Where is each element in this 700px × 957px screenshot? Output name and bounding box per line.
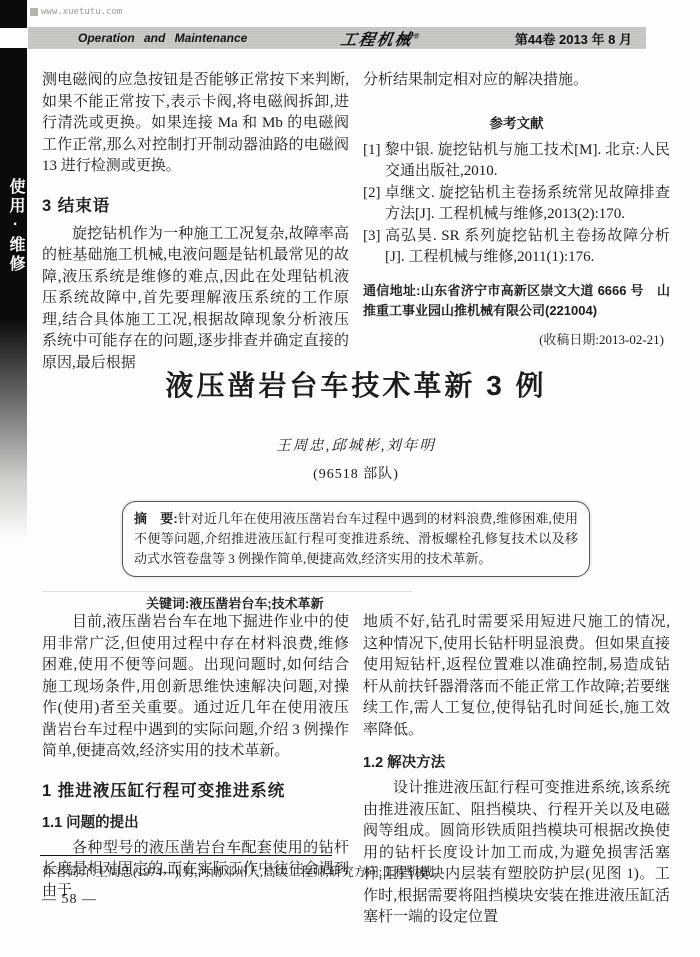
article2-subsection-heading: 1.1 问题的提出 <box>42 811 349 832</box>
journal-page: www.xuetutu.com 使用·维修 Operation and Main… <box>0 0 700 957</box>
footnote-divider <box>40 855 332 856</box>
references-heading: 参考文献 <box>363 112 670 132</box>
received-date: (收稿日期:2013-02-21) <box>363 329 670 348</box>
article2-section-heading: 1 推进液压缸行程可变推进系统 <box>42 777 349 801</box>
article1-columns: 测电磁阀的应急按钮是否能够正常按下来判断,如果不能正常按下,表示卡阀,将电磁阀拆… <box>42 70 670 374</box>
correspondence-address: 通信地址:山东省济宁市高新区崇文大道 6666 号 山推重工事业园山推机械有限公… <box>363 281 670 321</box>
article2-paragraph: 目前,液压凿岩台车在地下掘进作业中的使用非常广泛,但使用过程中存在材料浪费,维修… <box>42 612 349 763</box>
page-header-bar: Operation and Maintenance 工程机械® 第44卷 201… <box>28 27 646 49</box>
article1-paragraph: 测电磁阀的应急按钮是否能够正常按下来判断,如果不能正常按下,表示卡阀,将电磁阀拆… <box>42 70 349 178</box>
watermark: www.xuetutu.com <box>30 7 122 17</box>
scan-artifact-rule <box>42 591 412 592</box>
reference-item: [1] 黎中银. 旋挖钻机与施工技术[M]. 北京:人民交通出版社,2010. <box>363 140 670 183</box>
keywords-label: 关键词: <box>146 596 189 611</box>
article1-right-column: 分析结果制定相对应的解决措施。 参考文献 [1] 黎中银. 旋挖钻机与施工技术[… <box>363 70 670 374</box>
abstract-label: 摘 要: <box>134 511 178 526</box>
book-spine: 使用·维修 <box>0 0 27 540</box>
reference-text: 高弘昊. SR 系列旋挖钻机主卷扬故障分析[J]. 工程机械与维修,2011(1… <box>385 228 670 266</box>
registered-mark: ® <box>413 31 423 40</box>
article1-section-heading: 3 结束语 <box>42 192 349 216</box>
watermark-text: www.xuetutu.com <box>41 7 122 17</box>
article2-columns: 目前,液压凿岩台车在地下掘进作业中的使用非常广泛,但使用过程中存在材料浪费,维修… <box>42 612 670 929</box>
keywords-text: 液压凿岩台车;技术革新 <box>189 596 323 611</box>
article1-paragraph: 旋挖钻机作为一种施工工况复杂,故障率高的桩基础施工机械,电液问题是钻机最常见的故… <box>42 224 349 375</box>
page-number: — 58 — <box>42 892 97 908</box>
article2-paragraph: 地质不好,钻孔时需要采用短进尺施工的情况,这种情况下,使用长钻杆明显浪费。但如果… <box>363 612 670 741</box>
article2-title: 液压凿岩台车技术革新 3 例 <box>42 364 670 404</box>
abstract-box: 摘 要:针对近几年在使用液压凿岩台车过程中遇到的材料浪费,维修困难,使用不便等问… <box>122 501 590 577</box>
abstract-text: 针对近几年在使用液压凿岩台车过程中遇到的材料浪费,维修困难,使用不便等问题,介绍… <box>134 511 578 566</box>
reference-number: [3] <box>363 228 381 244</box>
article2-paragraph: 设计推进液压缸行程可变推进系统,该系统由推进液压缸、阻挡模块、行程开关以及电磁阀… <box>363 778 670 929</box>
spine-shadow: 使用·维修 <box>0 48 27 540</box>
article1-paragraph: 分析结果制定相对应的解决措施。 <box>363 70 670 92</box>
reference-number: [1] <box>363 142 381 158</box>
journal-logo-text: 工程机械 <box>339 32 414 49</box>
article2-affiliation: (96518 部队) <box>42 463 670 483</box>
reference-item: [3] 高弘昊. SR 系列旋挖钻机主卷扬故障分析[J]. 工程机械与维修,20… <box>363 226 670 269</box>
article2-right-column: 地质不好,钻孔时需要采用短进尺施工的情况,这种情况下,使用长钻杆明显浪费。但如果… <box>363 612 670 929</box>
reference-number: [2] <box>363 185 381 201</box>
journal-logo: 工程机械® <box>339 27 423 50</box>
article2-left-column: 目前,液压凿岩台车在地下掘进作业中的使用非常广泛,但使用过程中存在材料浪费,维修… <box>42 612 349 929</box>
keywords-line: 关键词:液压凿岩台车;技术革新 <box>42 593 670 612</box>
reference-text: 卓继文. 旋挖钻机主卷扬系统常见故障排查方法[J]. 工程机械与维修,2013(… <box>385 185 670 223</box>
column-label: 使用·维修 <box>4 178 27 274</box>
article2-subsection-heading: 1.2 解决方法 <box>363 751 670 772</box>
header-section-en: Operation and Maintenance <box>78 31 247 45</box>
article2-header: 液压凿岩台车技术革新 3 例 王周忠,邱城彬,刘年明 (96518 部队) 摘 … <box>42 364 670 612</box>
article1-left-column: 测电磁阀的应急按钮是否能够正常按下来判断,如果不能正常按下,表示卡阀,将电磁阀拆… <box>42 70 349 374</box>
article2-authors: 王周忠,邱城彬,刘年明 <box>42 434 670 455</box>
author-bio: 作者简介:王周忠(1974—),男,河南邓州人,高级工程师,研究方向:工程机械。 <box>42 862 668 880</box>
watermark-icon <box>30 8 38 16</box>
header-issue: 第44卷 2013 年 8 月 <box>515 29 632 48</box>
reference-text: 黎中银. 旋挖钻机与施工技术[M]. 北京:人民交通出版社,2010. <box>384 142 670 180</box>
reference-item: [2] 卓继文. 旋挖钻机主卷扬系统常见故障排查方法[J]. 工程机械与维修,2… <box>363 183 670 226</box>
spine-top-block <box>0 0 27 28</box>
